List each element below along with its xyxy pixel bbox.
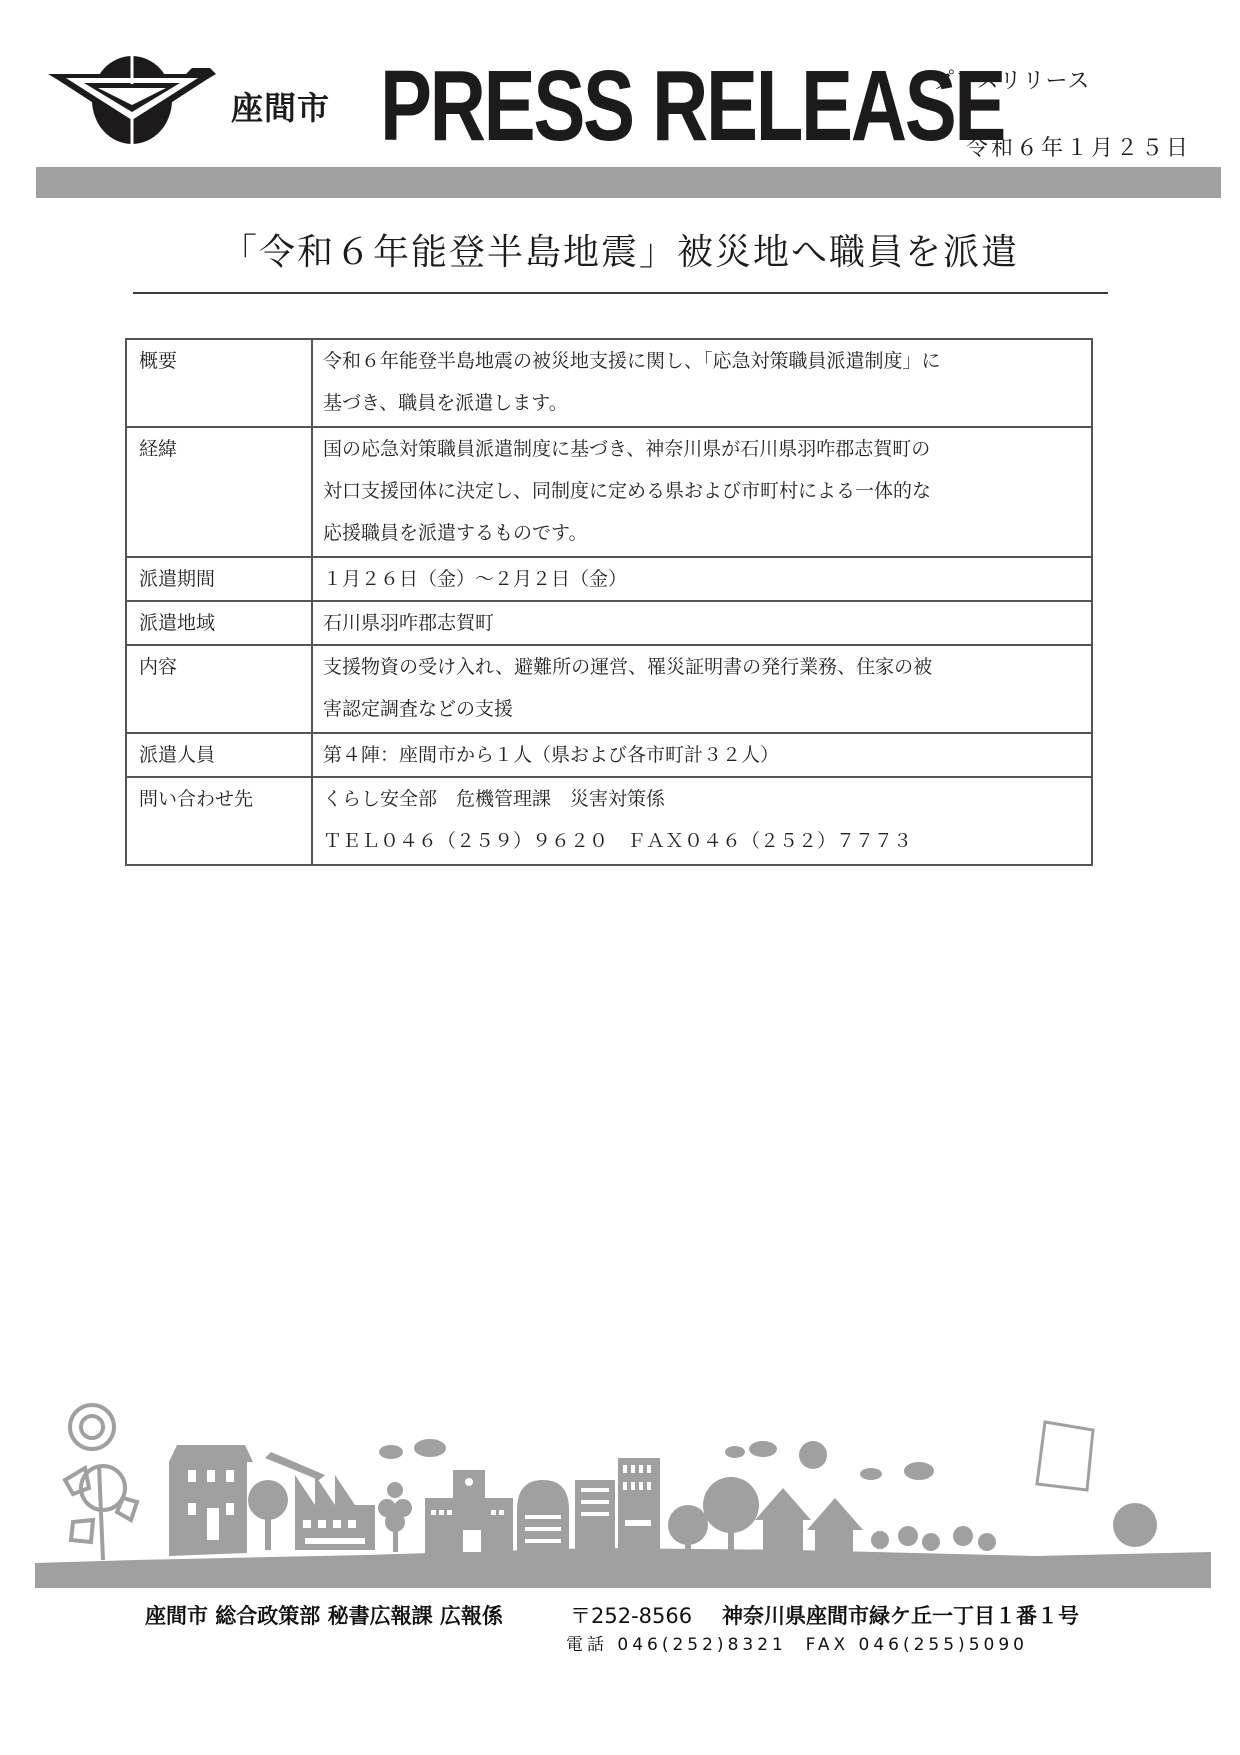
row-value-line: 基づき、職員を派遣します。: [323, 382, 1081, 424]
table-row-background: 経緯 国の応急対策職員派遣制度に基づき、神奈川県が石川県羽咋郡志賀町の 対口支援…: [126, 427, 1092, 557]
footer-postal-code: 〒252-8566: [570, 1600, 692, 1630]
row-label: 内容: [126, 645, 312, 733]
row-value: 支援物資の受け入れ、避難所の運営、罹災証明書の発行業務、住家の被 害認定調査など…: [312, 645, 1092, 733]
footer-contact: 電話 046(252)8321 FAX 046(255)5090: [566, 1630, 1028, 1655]
row-label: 概要: [126, 339, 312, 427]
row-value-line: 令和６年能登半島地震の被災地支援に関し、「応急対策職員派遣制度」に: [323, 340, 1081, 382]
row-value-line: 応援職員を派遣するものです。: [323, 512, 1081, 554]
row-label: 派遣人員: [126, 733, 312, 777]
row-value-line: 第４陣：座間市から１人（県および各市町計３２人）: [323, 734, 1081, 776]
table-row-personnel: 派遣人員 第４陣：座間市から１人（県および各市町計３２人）: [126, 733, 1092, 777]
row-label: 経緯: [126, 427, 312, 557]
row-value: くらし安全部 危機管理課 災害対策係 ＴＥＬ０４６（２５９）９６２０ ＦＡＸ０４…: [312, 777, 1092, 865]
row-value: 第４陣：座間市から１人（県および各市町計３２人）: [312, 733, 1092, 777]
table-row-overview: 概要 令和６年能登半島地震の被災地支援に関し、「応急対策職員派遣制度」に 基づき…: [126, 339, 1092, 427]
row-value-line: １月２６日（金）～２月２日（金）: [323, 558, 1081, 600]
sunflower-icon: [65, 1405, 137, 1560]
document-title: 「令和６年能登半島地震」被災地へ職員を派遣: [0, 224, 1240, 275]
row-value: １月２６日（金）～２月２日（金）: [312, 557, 1092, 601]
info-table: 概要 令和６年能登半島地震の被災地支援に関し、「応急対策職員派遣制度」に 基づき…: [125, 338, 1093, 866]
header-divider-bar: [36, 167, 1221, 198]
footer-department: 座間市 総合政策部 秘書広報課 広報係: [145, 1600, 503, 1630]
release-date: 令和６年１月２５日: [966, 131, 1191, 162]
press-release-heading: PRESS RELEASE: [380, 56, 1004, 156]
table-row-contact: 問い合わせ先 くらし安全部 危機管理課 災害対策係 ＴＥＬ０４６（２５９）９６２…: [126, 777, 1092, 865]
footer-address: 神奈川県座間市緑ケ丘一丁目１番１号: [722, 1600, 1079, 1630]
press-release-kana: プレスリリース: [932, 64, 1090, 95]
contact-phone-line: ＴＥＬ０４６（２５９）９６２０ ＦＡＸ０４６（２５２）７７７３: [323, 820, 1081, 862]
city-skyline-illustration: [35, 1370, 1211, 1590]
row-value: 令和６年能登半島地震の被災地支援に関し、「応急対策職員派遣制度」に 基づき、職員…: [312, 339, 1092, 427]
row-value: 石川県羽咋郡志賀町: [312, 601, 1092, 645]
table-row-period: 派遣期間 １月２６日（金）～２月２日（金）: [126, 557, 1092, 601]
row-label: 派遣期間: [126, 557, 312, 601]
title-underline: [133, 292, 1108, 294]
row-value-line: 対口支援団体に決定し、同制度に定める県および市町村による一体的な: [323, 470, 1081, 512]
row-label: 派遣地域: [126, 601, 312, 645]
city-name: 座間市: [231, 83, 330, 129]
table-row-region: 派遣地域 石川県羽咋郡志賀町: [126, 601, 1092, 645]
row-value-line: 石川県羽咋郡志賀町: [323, 602, 1081, 644]
city-emblem-logo: [46, 50, 218, 150]
table-row-content: 内容 支援物資の受け入れ、避難所の運営、罹災証明書の発行業務、住家の被 害認定調…: [126, 645, 1092, 733]
row-value-line: 害認定調査などの支援: [323, 688, 1081, 730]
row-label: 問い合わせ先: [126, 777, 312, 865]
row-value-line: くらし安全部 危機管理課 災害対策係: [323, 778, 1081, 820]
row-value: 国の応急対策職員派遣制度に基づき、神奈川県が石川県羽咋郡志賀町の 対口支援団体に…: [312, 427, 1092, 557]
row-value-line: 国の応急対策職員派遣制度に基づき、神奈川県が石川県羽咋郡志賀町の: [323, 428, 1081, 470]
row-value-line: 支援物資の受け入れ、避難所の運営、罹災証明書の発行業務、住家の被: [323, 646, 1081, 688]
